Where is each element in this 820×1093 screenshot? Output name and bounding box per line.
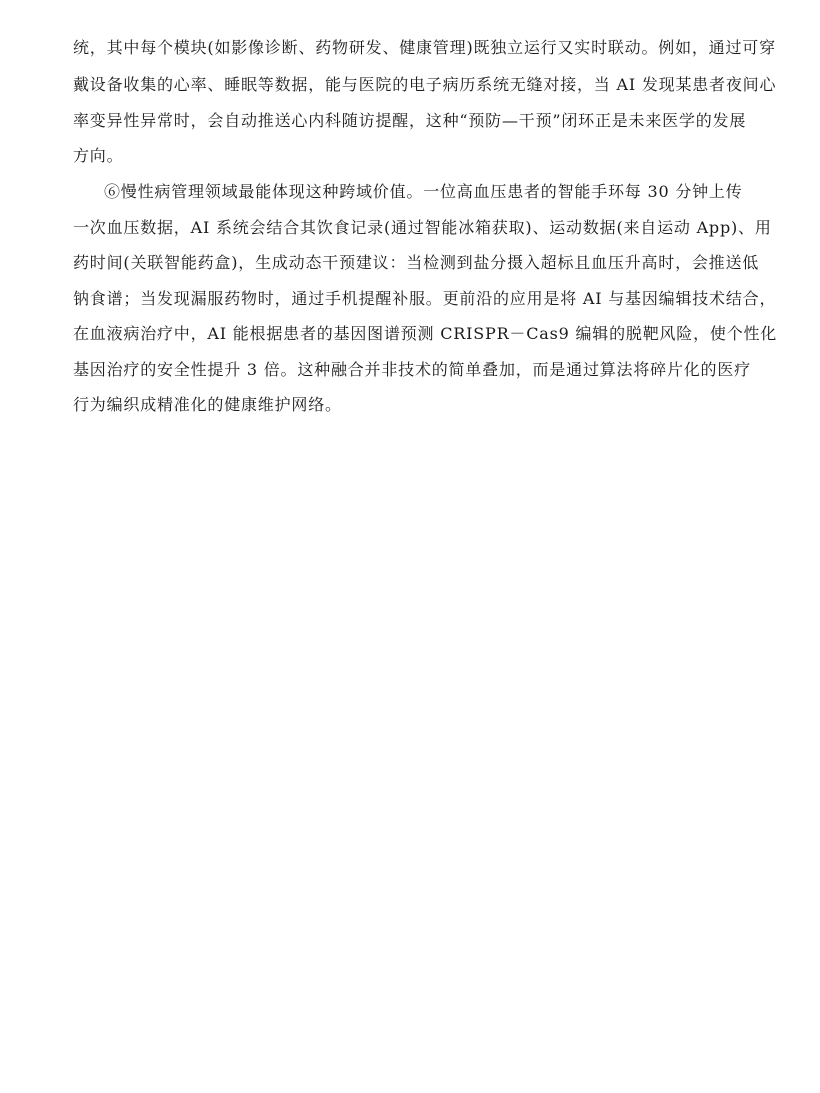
passage-line: 在血液病治疗中，AI 能根据患者的基因图谱预测 CRISPR－Cas9 编辑的脱… (73, 324, 753, 344)
passage-line: 药时间(关联智能药盒)，生成动态干预建议：当检测到盐分摄入超标且血压升高时，会推… (73, 253, 753, 273)
passage-line: 钠食谱；当发现漏服药物时，通过手机提醒补服。更前沿的应用是将 AI 与基因编辑技… (73, 289, 753, 309)
passage-line: 统，其中每个模块(如影像诊断、药物研发、健康管理)既独立运行又实时联动。例如，通… (73, 38, 753, 58)
passage-line: 率变异性异常时，会自动推送心内科随访提醒，这种“预防—干预”闭环正是未来医学的发… (73, 111, 753, 131)
passage-line: 方向。 (73, 146, 753, 166)
passage-line: ⑥慢性病管理领域最能体现这种跨域价值。一位高血压患者的智能手环每 30 分钟上传 (104, 182, 784, 202)
exam-page: 统，其中每个模块(如影像诊断、药物研发、健康管理)既独立运行又实时联动。例如，通… (0, 0, 820, 1093)
passage-line: 行为编织成精准化的健康维护网络。 (73, 395, 753, 415)
passage-line: 一次血压数据，AI 系统会结合其饮食记录(通过智能冰箱获取)、运动数据(来自运动… (73, 218, 753, 238)
passage-line: 基因治疗的安全性提升 3 倍。这种融合并非技术的简单叠加，而是通过算法将碎片化的… (73, 360, 753, 380)
passage-line: 戴设备收集的心率、睡眠等数据，能与医院的电子病历系统无缝对接，当 AI 发现某患… (73, 75, 753, 95)
